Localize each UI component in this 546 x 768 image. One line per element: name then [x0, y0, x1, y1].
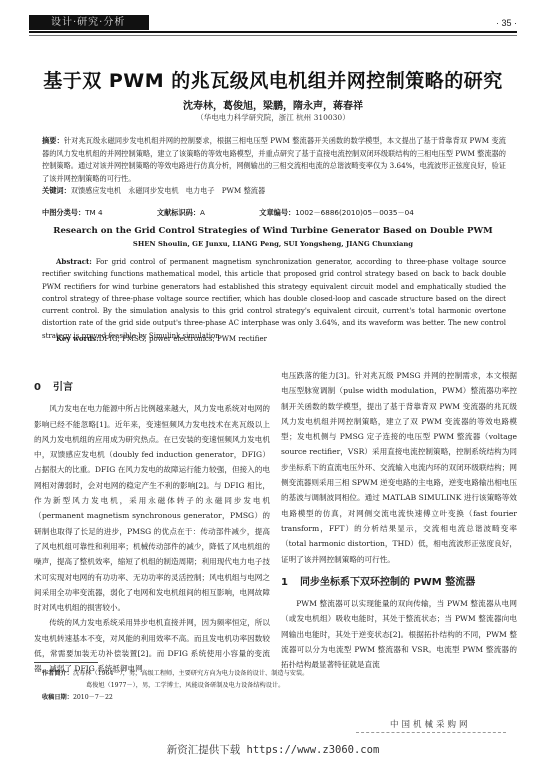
clc-value: TM 4 [85, 208, 102, 217]
footer-rule [356, 732, 506, 734]
article-no-value: 1002－6886(2010)05－0035－04 [295, 208, 414, 217]
abstract-en-text: For grid control of permanent magnetism … [42, 258, 506, 340]
header-rule-thin [29, 35, 517, 36]
body-column-right: 电压跌落的能力[3]。针对兆瓦级 PMSG 并网的控制需求，本文根据电压型脉宽调… [281, 368, 517, 673]
english-title: Research on the Grid Control Strategies … [0, 226, 546, 236]
paragraph: 电压跌落的能力[3]。针对兆瓦级 PMSG 并网的控制需求，本文根据电压型脉宽调… [281, 368, 517, 567]
abstract-en-label: Abstract: [56, 257, 92, 266]
download-watermark: 新资汇提供下载 https://www.z3060.com [0, 742, 546, 757]
keywords-en-line: Key words:DFIG; PMSG; power electronics;… [56, 334, 267, 343]
header-rule-thick [29, 31, 517, 33]
keywords-en: DFIG; PMSG; power electronics; PWM recti… [99, 335, 267, 343]
section-title: 同步坐标系下双环控制的 PWM 整流器 [300, 577, 475, 588]
section-number: 0 [34, 382, 41, 393]
footnote: 作者简介：沈寿林（1964－），男，高级工程师，主要研究方向为电力设备的设计、制… [42, 668, 308, 704]
keywords-cn: 双馈感应发电机 永磁同步发电机 电力电子 PWM 整流器 [71, 186, 265, 195]
received-date: 2010－7－22 [73, 694, 113, 701]
section-label: 设计·研究·分析 [29, 15, 149, 30]
author-intro-1: 沈寿林（1964－），男，高级工程师，主要研究方向为电力设备的设计、制造与安装。 [73, 670, 308, 677]
page-number: · 35 · [496, 18, 517, 28]
section-number: 1 [281, 577, 288, 588]
keywords-cn-label: 关键词： [42, 186, 71, 195]
body-column-left: 0引言 风力发电在电力能源中所占比例越来越大，风力发电系统对电网的影响已经不能忽… [34, 380, 270, 677]
footnote-divider [34, 662, 98, 663]
english-authors: SHEN Shoulin, GE Junxu, LIANG Peng, SUI … [0, 240, 546, 248]
section-title: 引言 [53, 382, 73, 393]
doc-code-label: 文献标识码： [157, 208, 200, 217]
abstract-cn: 摘要：针对兆瓦级永磁同步发电机组并网的控制要求，根据三相电压型 PWM 整流器开… [42, 135, 506, 198]
doc-code-value: A [200, 208, 205, 217]
paragraph: 风力发电在电力能源中所占比例越来越大，风力发电系统对电网的影响已经不能忽略[1]… [34, 401, 270, 615]
abstract-cn-text: 针对兆瓦级永磁同步发电机组并网的控制要求，根据三相电压型 PWM 整流器开关函数… [42, 136, 506, 183]
received-label: 收稿日期： [42, 694, 73, 701]
author-intro-label: 作者简介： [42, 670, 73, 677]
classification-line: 中图分类号：TM 4 文献标识码：A 文章编号：1002－6886(2010)0… [42, 208, 466, 218]
abstract-cn-label: 摘要： [42, 136, 64, 145]
journal-brand: 中国机械采购网 [390, 718, 471, 730]
article-title: 基于双 PWM 的兆瓦级风电机组并网控制策略的研究 [0, 66, 546, 93]
author-intro-2: 葛俊旭（1977－），男，工学博士，风能设备研制及电力设备结构设计。 [42, 680, 308, 692]
affiliation: （华电电力科学研究院，浙江 杭州 310030） [0, 112, 546, 123]
article-no-label: 文章编号： [259, 208, 295, 217]
keywords-en-label: Key words: [56, 334, 99, 343]
paragraph: PWM 整流器可以实现能量的双向传输，当 PWM 整流器从电网（或发电机组）吸收… [281, 596, 517, 672]
abstract-en: Abstract: For grid control of permanent … [42, 256, 506, 342]
clc-label: 中图分类号： [42, 208, 85, 217]
authors: 沈寿林，葛俊旭，梁鹏，隋永声，蒋春祥 [0, 97, 546, 112]
section-heading-1: 1同步坐标系下双环控制的 PWM 整流器 [281, 575, 517, 590]
section-heading-0: 0引言 [34, 380, 270, 395]
